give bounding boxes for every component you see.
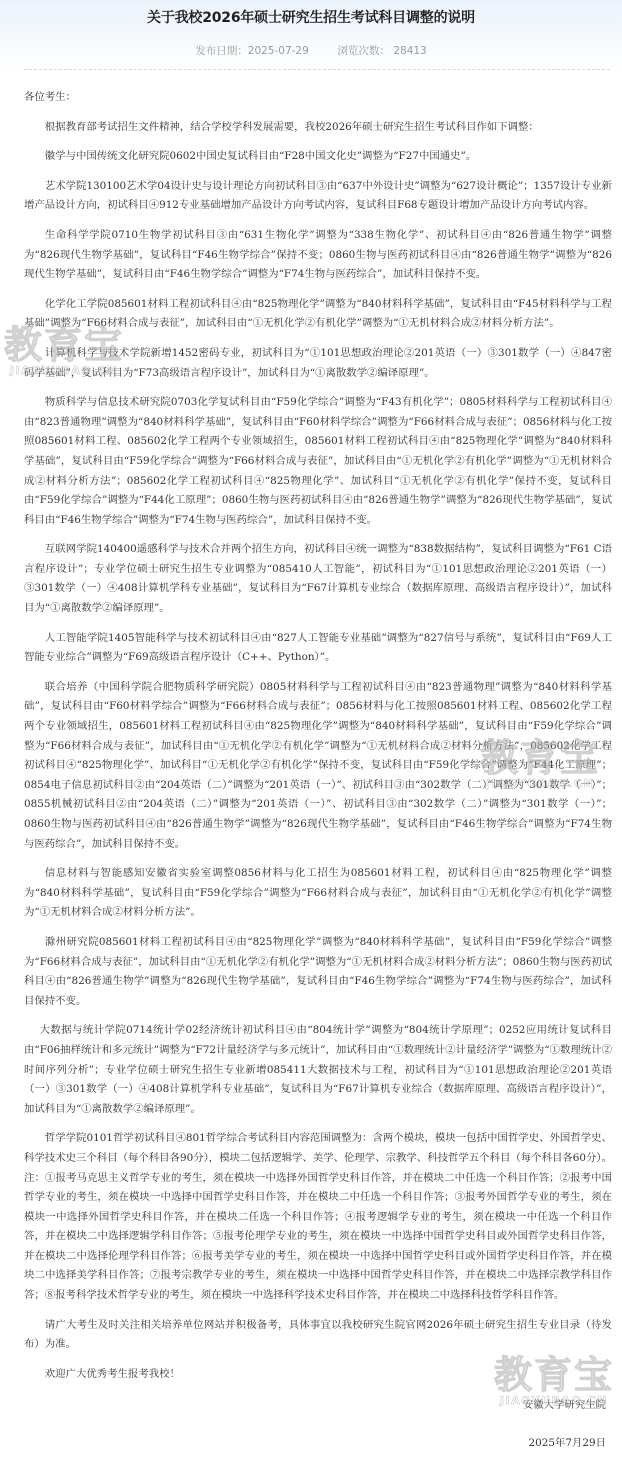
header-divider bbox=[24, 69, 610, 70]
paragraph-philosophy: 哲学学院0101哲学初试科目④801哲学综合考试科目内容范围调整为：含两个模块，… bbox=[24, 1129, 612, 1305]
paragraph-internet: 互联网学院140400遥感科学与技术合并两个招生方向，初试科目④统一调整为“83… bbox=[24, 540, 612, 618]
article-body: 各位考生： 根据教育部考试招生文件精神，结合学校学科发展需要，我校2026年硕士… bbox=[0, 70, 622, 1384]
paragraph-intro: 根据教育部考试招生文件精神，结合学校学科发展需要，我校2026年硕士研究生招生考… bbox=[24, 118, 612, 138]
paragraph-notice: 请广大考生及时关注相关培养单位网站并积极备考，具体事宜以我校研究生院官网2026… bbox=[24, 1316, 612, 1355]
publish-date: 2025-07-29 bbox=[248, 45, 309, 57]
signature-block: 安徽大学研究生院 2025年7月29日 bbox=[0, 1396, 622, 1453]
paragraph-ai: 人工智能学院1405智能科学与技术初试科目④由“827人工智能专业基础”调整为“… bbox=[24, 629, 612, 668]
paragraph-info-materials-lab: 信息材料与智能感知安徽省实验室调整0856材料与化工招生为085601材料工程，… bbox=[24, 864, 612, 923]
paragraph-material-info: 物质科学与信息技术研究院0703化学复试科目由“F59化学综合”调整为“F43有… bbox=[24, 393, 612, 530]
paragraph-chemistry: 化学化工学院085601材料工程初试科目④由“825物理化学”调整为“840材料… bbox=[24, 295, 612, 334]
paragraph-life-science: 生命科学学院0710生物学初试科目③由“631生物化学”调整为“338生物化学”… bbox=[24, 226, 612, 285]
paragraph-huixue: 徽学与中国传统文化研究院0602中国史复试科目由“F28中国文化史”调整为“F2… bbox=[24, 147, 612, 167]
paragraph-art: 艺术学院130100艺术学04设计史与设计理论方向初试科目③由“637中外设计史… bbox=[24, 177, 612, 216]
publish-date-label: 发布日期： bbox=[195, 45, 248, 57]
article-meta: 发布日期：2025-07-29 浏览次数： 28413 bbox=[0, 44, 622, 58]
paragraph-welcome: 欢迎广大优秀考生报考我校！ bbox=[24, 1365, 612, 1385]
signature-org: 安徽大学研究生院 bbox=[0, 1396, 606, 1416]
paragraph-computer-science: 计算机科学与技术学院新增1452密码专业，初试科目为“①101思想政治理论②20… bbox=[24, 344, 612, 383]
paragraph-big-data: 大数据与统计学院0714统计学02经济统计初试科目④由“804统计学”调整为“8… bbox=[24, 1021, 612, 1119]
paragraph-joint-training: 联合培养（中国科学院合肥物质科学研究院）0805材料科学与工程初试科目④由“82… bbox=[24, 678, 612, 854]
signature-date: 2025年7月29日 bbox=[0, 1434, 606, 1454]
article-header: 关于我校2026年硕士研究生招生考试科目调整的说明 发布日期：2025-07-2… bbox=[0, 0, 622, 70]
salutation: 各位考生： bbox=[24, 88, 612, 108]
view-count: 28413 bbox=[393, 45, 426, 57]
view-count-label: 浏览次数： bbox=[337, 45, 390, 57]
paragraph-chuzhou: 滁州研究院085601材料工程初试科目④由“825物理化学”调整为“840材料科… bbox=[24, 933, 612, 1011]
page-title: 关于我校2026年硕士研究生招生考试科目调整的说明 bbox=[0, 8, 622, 28]
